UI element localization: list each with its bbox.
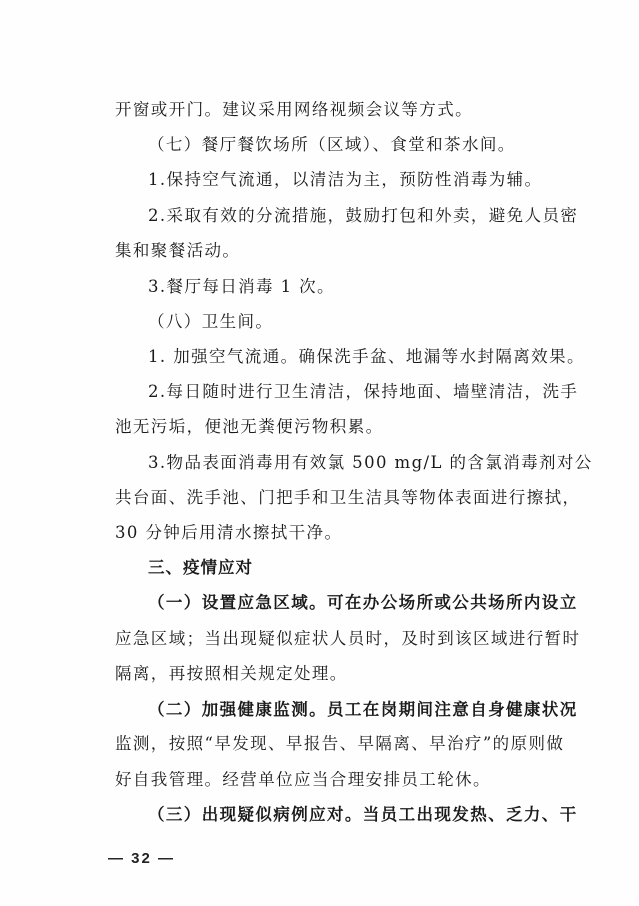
text-line: 应急区域；当出现疑似症状人员时，及时到该区域进行暂时 <box>115 628 545 650</box>
section-heading-7: （七）餐厅餐饮场所（区域）、食堂和茶水间。 <box>148 134 578 156</box>
text-line: 隔离，再按照相关规定处理。 <box>115 663 545 685</box>
text-line: 开窗或开门。建议采用网络视频会议等方式。 <box>115 99 545 121</box>
text-line: （三）出现疑似病例应对。当员工出现发热、乏力、干 <box>148 804 578 826</box>
document-page: 开窗或开门。建议采用网络视频会议等方式。 （七）餐厅餐饮场所（区域）、食堂和茶水… <box>0 0 639 906</box>
text-line: 3.餐厅每日消毒 1 次。 <box>148 276 578 298</box>
section-heading-8: （八）卫生间。 <box>148 311 578 333</box>
text-line: 30 分钟后用清水擦拭干净。 <box>115 522 545 544</box>
text-line: 共台面、洗手池、门把手和卫生洁具等物体表面进行擦拭， <box>115 487 545 509</box>
page-number: — 32 — <box>108 850 175 867</box>
text-line: （一）设置应急区域。可在办公场所或公共场所内设立 <box>148 592 578 614</box>
text-line: （二）加强健康监测。员工在岗期间注意自身健康状况 <box>148 699 578 721</box>
text-line: 好自我管理。经营单位应当合理安排员工轮休。 <box>115 769 545 791</box>
text-line: 集和聚餐活动。 <box>115 240 545 262</box>
text-line: 3.物品表面消毒用有效氯 500 mg/L 的含氯消毒剂对公 <box>148 452 578 474</box>
chapter-heading: 三、疫情应对 <box>148 557 578 579</box>
text-line: 1. 加强空气流通。确保洗手盆、地漏等水封隔离效果。 <box>148 346 578 368</box>
text-line: 监测，按照“早发现、早报告、早隔离、早治疗”的原则做 <box>115 733 545 755</box>
text-line: 1.保持空气流通，以清洁为主，预防性消毒为辅。 <box>148 169 578 191</box>
text-line: 2.采取有效的分流措施，鼓励打包和外卖，避免人员密 <box>148 205 578 227</box>
text-line: 池无污垢，便池无粪便污物积累。 <box>115 416 545 438</box>
text-line: 2.每日随时进行卫生清洁，保持地面、墙壁清洁，洗手 <box>148 381 578 403</box>
